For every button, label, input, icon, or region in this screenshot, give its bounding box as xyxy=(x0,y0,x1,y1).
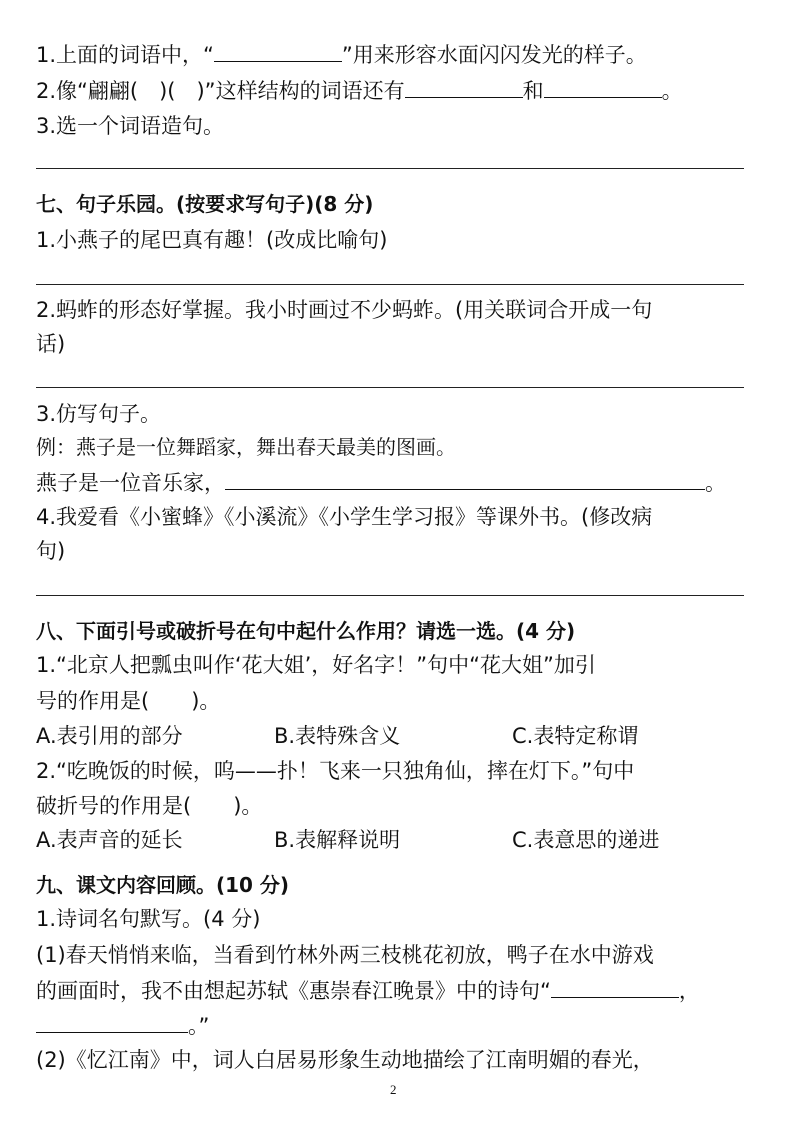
question-9-1-1: (1)春天悄悄来临，当看到竹林外两三枝桃花初放，鸭子在水中游戏 xyxy=(36,942,654,968)
question-6-1: 1.上面的词语中，“”用来形容水面闪闪发光的样子。 xyxy=(36,41,647,68)
question-7-1: 1.小燕子的尾巴真有趣！(改成比喻句) xyxy=(36,227,387,253)
question-8-2-cont: 破折号的作用是( )。 xyxy=(36,793,262,819)
section-heading-7: 七、句子乐园。(按要求写句子)(8 分) xyxy=(36,191,373,217)
question-8-2-options: A.表声音的延长B.表解释说明C.表意思的递进 xyxy=(36,827,659,853)
question-7-3-prompt: 燕子是一位音乐家，。 xyxy=(36,469,726,496)
question-7-2-cont: 话) xyxy=(36,331,65,357)
section-heading-9: 九、课文内容回顾。(10 分) xyxy=(36,872,289,898)
section-heading-8: 八、下面引号或破折号在句中起什么作用？请选一选。(4 分) xyxy=(36,618,575,644)
answer-blank[interactable] xyxy=(225,469,705,490)
question-9-1-2: (2)《忆江南》中，词人白居易形象生动地描绘了江南明媚的春光， xyxy=(36,1047,654,1073)
answer-line[interactable] xyxy=(36,168,744,169)
answer-blank[interactable] xyxy=(405,77,523,98)
answer-blank[interactable] xyxy=(36,1012,188,1033)
page-number: 2 xyxy=(390,1082,397,1098)
question-7-2: 2.蚂蚱的形态好掌握。我小时画过不少蚂蚱。(用关联词合开成一句 xyxy=(36,297,652,323)
answer-blank[interactable] xyxy=(551,977,679,998)
question-9-1-1-cont: 的画面时，我不由想起苏轼《惠崇春江晚景》中的诗句“， xyxy=(36,977,700,1004)
option-b[interactable]: B.表特殊含义 xyxy=(274,723,512,749)
answer-line[interactable] xyxy=(36,387,744,388)
question-9-1-1-end: 。” xyxy=(36,1012,209,1039)
option-a[interactable]: A.表引用的部分 xyxy=(36,723,274,749)
answer-blank[interactable] xyxy=(214,41,342,62)
question-6-2: 2.像“翩翩( )( )”这样结构的词语还有和。 xyxy=(36,77,683,104)
question-7-3: 3.仿写句子。 xyxy=(36,401,161,427)
question-8-1-options: A.表引用的部分B.表特殊含义C.表特定称谓 xyxy=(36,723,638,749)
question-8-1: 1.“北京人把瓢虫叫作‘花大姐’，好名字！”句中“花大姐”加引 xyxy=(36,652,596,678)
question-7-4-cont: 句) xyxy=(36,538,65,564)
question-9-1: 1.诗词名句默写。(4 分) xyxy=(36,906,260,932)
question-6-3: 3.选一个词语造句。 xyxy=(36,113,224,139)
question-7-4: 4.我爱看《小蜜蜂》《小溪流》《小学生学习报》等课外书。(修改病 xyxy=(36,504,652,530)
example-sentence: 例：燕子是一位舞蹈家，舞出春天最美的图画。 xyxy=(36,434,456,460)
option-a[interactable]: A.表声音的延长 xyxy=(36,827,274,853)
answer-blank[interactable] xyxy=(544,77,662,98)
answer-line[interactable] xyxy=(36,595,744,596)
option-c[interactable]: C.表意思的递进 xyxy=(512,827,659,853)
option-b[interactable]: B.表解释说明 xyxy=(274,827,512,853)
option-c[interactable]: C.表特定称谓 xyxy=(512,723,638,749)
answer-line[interactable] xyxy=(36,284,744,285)
question-8-2: 2.“吃晚饭的时候，呜——扑！飞来一只独角仙，摔在灯下。”句中 xyxy=(36,758,634,784)
question-8-1-cont: 号的作用是( )。 xyxy=(36,688,220,714)
